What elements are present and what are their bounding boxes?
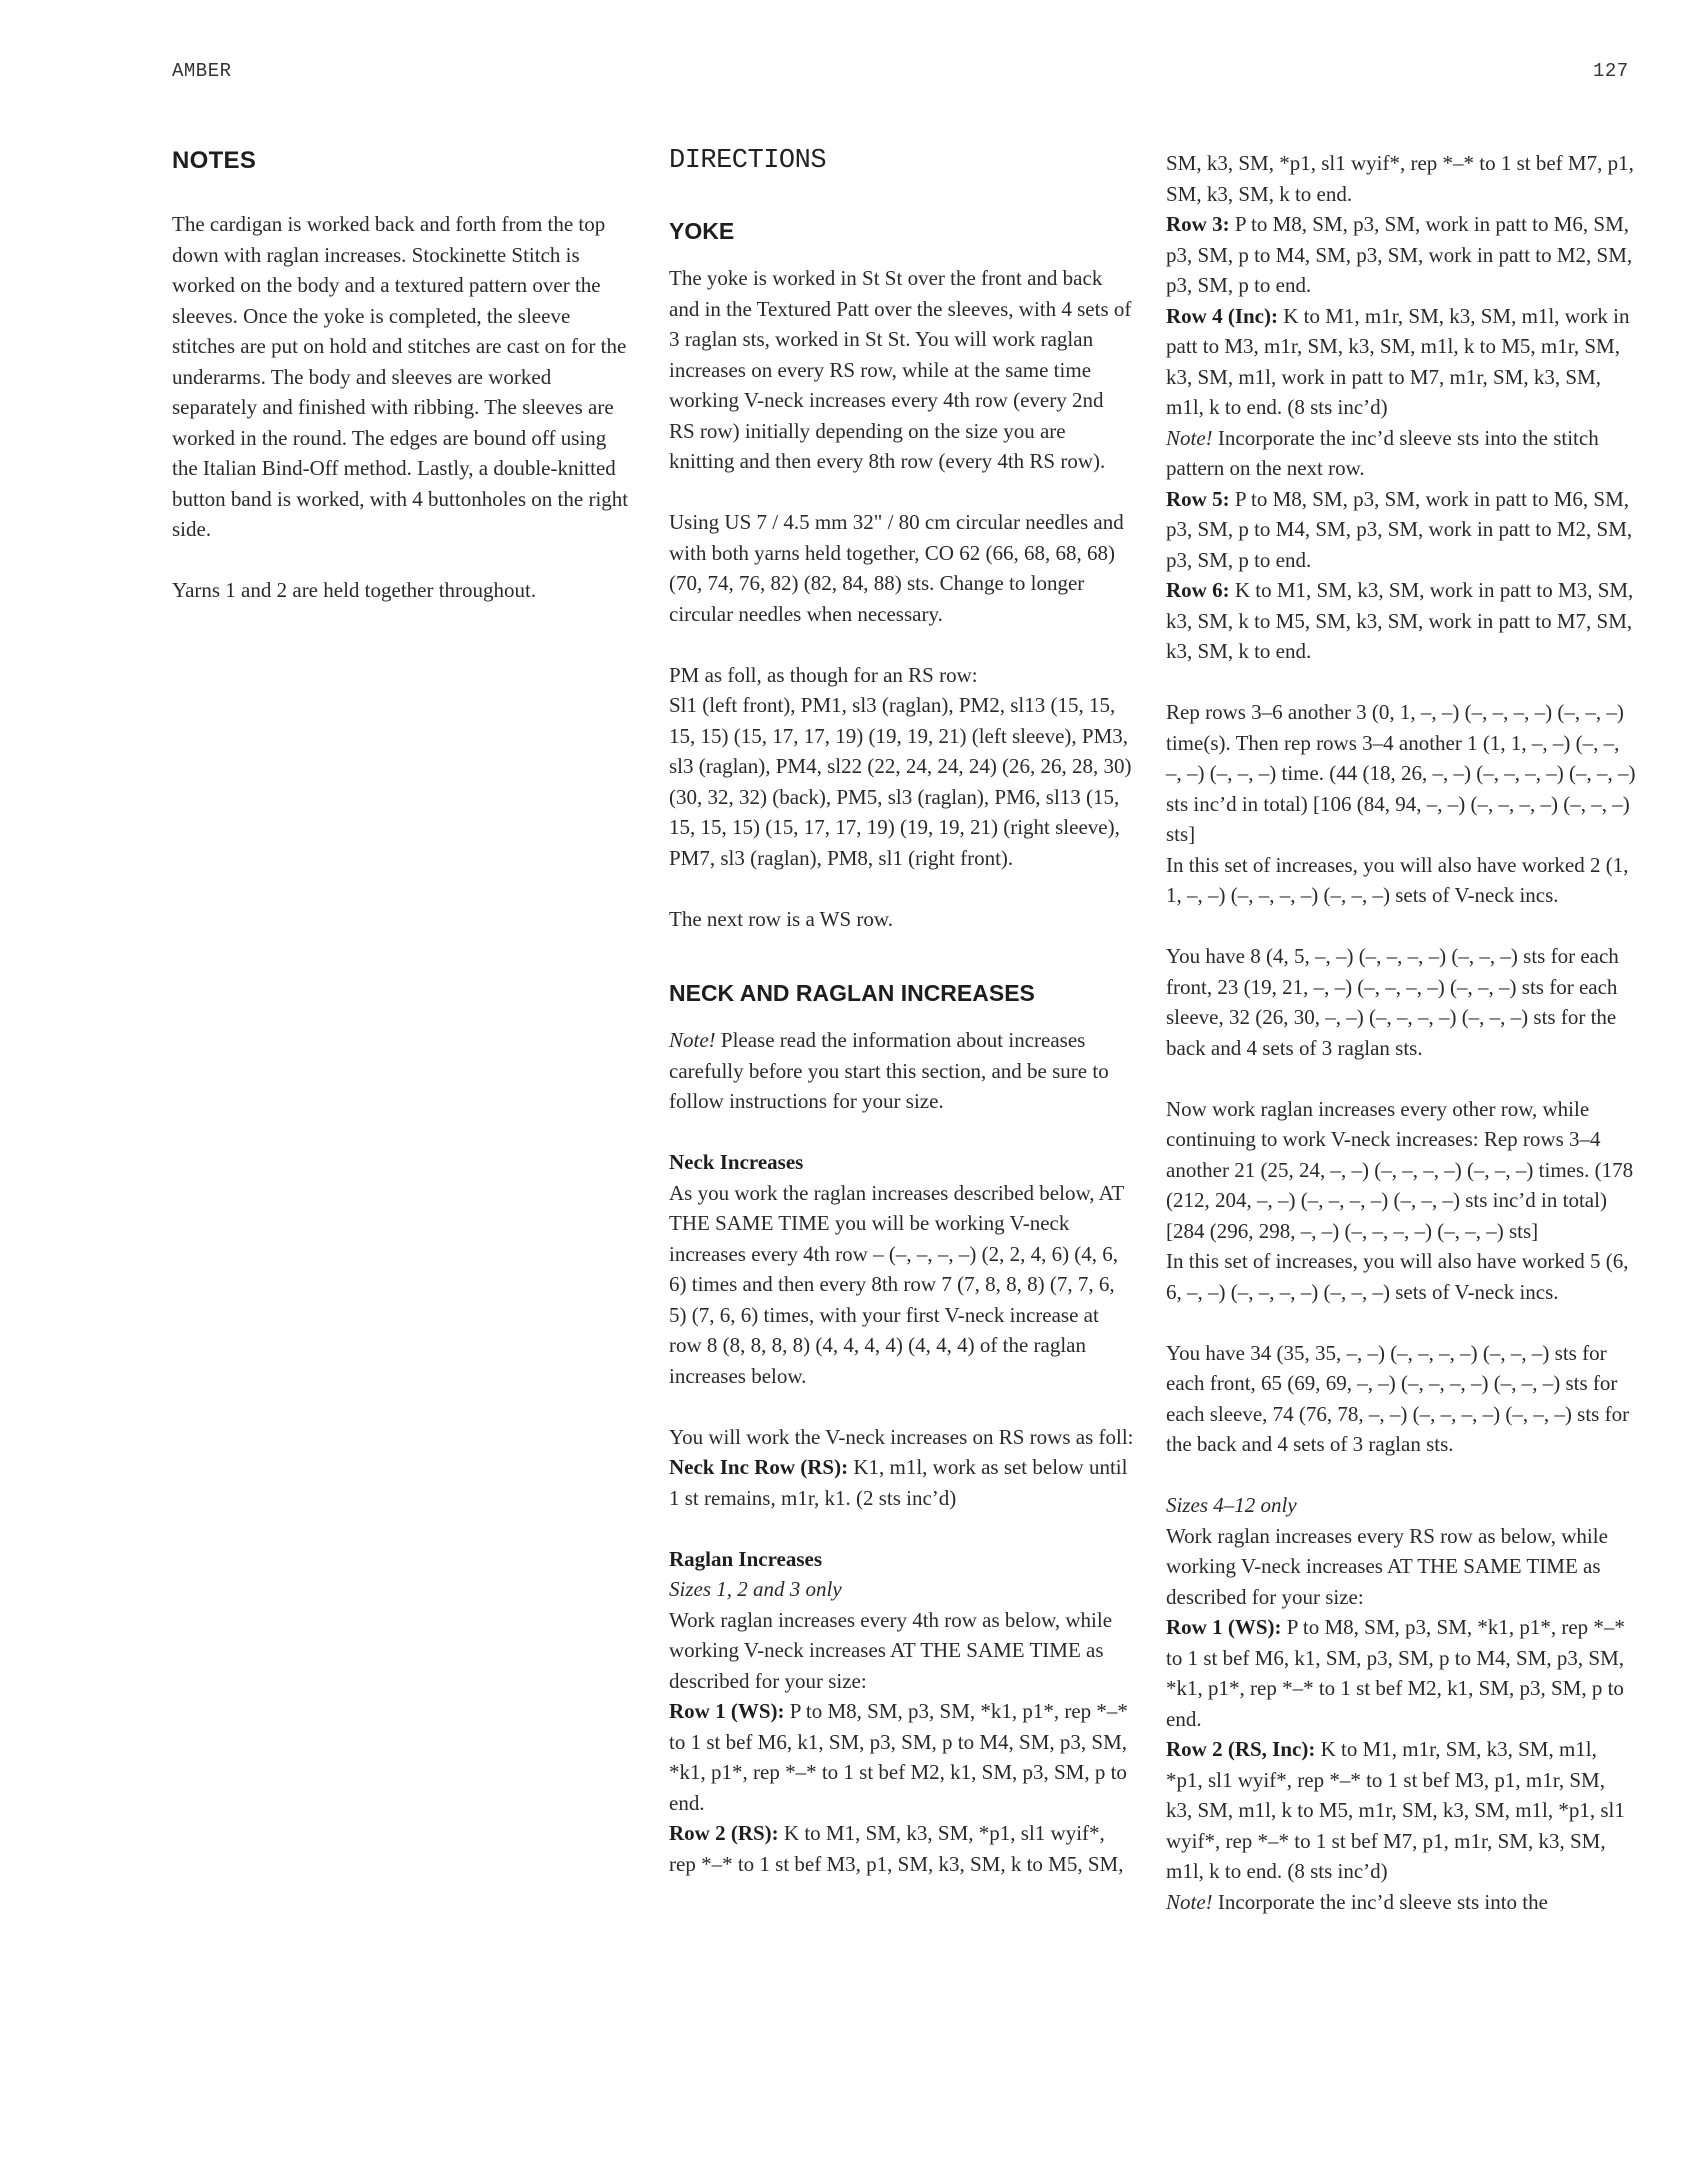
incorporate-note: Note! Incorporate the inc’d sleeve sts i… [1166, 423, 1636, 484]
stitch-count-paragraph: You have 34 (35, 35, –, –) (–, –, –, –) … [1166, 1338, 1636, 1460]
notes-paragraph: The cardigan is worked back and forth fr… [172, 209, 632, 545]
row-instruction: Row 2 (RS, Inc): K to M1, m1r, SM, k3, S… [1166, 1734, 1636, 1887]
vneck-sets-paragraph: In this set of increases, you will also … [1166, 1246, 1636, 1307]
continuation-column: SM, k3, SM, *p1, sl1 wyif*, rep *–* to 1… [1166, 148, 1636, 1917]
repeat-paragraph: Now work raglan increases every other ro… [1166, 1094, 1636, 1247]
directions-column: DIRECTIONS YOKE The yoke is worked in St… [669, 146, 1134, 1879]
sizes-4-12-intro: Work raglan increases every RS row as be… [1166, 1521, 1636, 1613]
yoke-heading: YOKE [669, 216, 1134, 246]
page-number: 127 [1593, 60, 1629, 82]
row-instruction: Row 2 (RS): K to M1, SM, k3, SM, *p1, sl… [669, 1818, 1134, 1879]
repeat-paragraph: Rep rows 3–6 another 3 (0, 1, –, –) (–, … [1166, 697, 1636, 850]
row-label: Row 3: [1166, 212, 1230, 236]
row-label: Row 2 (RS): [669, 1821, 779, 1845]
row-label: Row 6: [1166, 578, 1230, 602]
incorporate-note: Note! Incorporate the inc’d sleeve sts i… [1166, 1887, 1636, 1918]
row-instruction: Row 1 (WS): P to M8, SM, p3, SM, *k1, p1… [669, 1696, 1134, 1818]
row-label: Row 1 (WS): [1166, 1615, 1282, 1639]
vneck-rows-intro: You will work the V-neck increases on RS… [669, 1422, 1134, 1453]
raglan-increases-subheading: Raglan Increases [669, 1544, 1134, 1575]
row-text: P to M8, SM, p3, SM, work in patt to M6,… [1166, 487, 1632, 572]
neck-inc-row: Neck Inc Row (RS): K1, m1l, work as set … [669, 1452, 1134, 1513]
neck-increases-paragraph: As you work the raglan increases describ… [669, 1178, 1134, 1392]
cast-on-paragraph: Using US 7 / 4.5 mm 32" / 80 cm circular… [669, 507, 1134, 629]
row-instruction: Row 1 (WS): P to M8, SM, p3, SM, *k1, p1… [1166, 1612, 1636, 1734]
neck-increases-subheading: Neck Increases [669, 1147, 1134, 1178]
next-row-note: The next row is a WS row. [669, 904, 1134, 935]
row-label: Row 1 (WS): [669, 1699, 785, 1723]
row-label: Row 2 (RS, Inc): [1166, 1737, 1315, 1761]
read-note-paragraph: Note! Please read the information about … [669, 1025, 1134, 1117]
note-text: Please read the information about increa… [669, 1028, 1109, 1113]
notes-heading: NOTES [172, 146, 632, 176]
place-markers-intro: PM as foll, as though for an RS row: [669, 660, 1134, 691]
row-text: P to M8, SM, p3, SM, work in patt to M6,… [1166, 212, 1632, 297]
yoke-paragraph: The yoke is worked in St St over the fro… [669, 263, 1134, 477]
note-text: Incorporate the inc’d sleeve sts into th… [1213, 1890, 1548, 1914]
running-title: AMBER [172, 60, 232, 82]
note-label: Note! [1166, 1890, 1213, 1914]
place-markers-paragraph: Sl1 (left front), PM1, sl3 (raglan), PM2… [669, 690, 1134, 873]
directions-heading: DIRECTIONS [669, 146, 1134, 176]
row-label: Row 4 (Inc): [1166, 304, 1278, 328]
sizes-1-3-intro: Work raglan increases every 4th row as b… [669, 1605, 1134, 1697]
vneck-sets-paragraph: In this set of increases, you will also … [1166, 850, 1636, 911]
notes-column: NOTES The cardigan is worked back and fo… [172, 146, 632, 606]
sizes-4-12-label: Sizes 4–12 only [1166, 1490, 1636, 1521]
row-instruction: Row 5: P to M8, SM, p3, SM, work in patt… [1166, 484, 1636, 576]
neck-raglan-heading: NECK AND RAGLAN INCREASES [669, 978, 1134, 1008]
note-text: Incorporate the inc’d sleeve sts into th… [1166, 426, 1599, 481]
row-label: Neck Inc Row (RS): [669, 1455, 848, 1479]
sizes-1-3-label: Sizes 1, 2 and 3 only [669, 1574, 1134, 1605]
stitch-count-paragraph: You have 8 (4, 5, –, –) (–, –, –, –) (–,… [1166, 941, 1636, 1063]
row-instruction: Row 3: P to M8, SM, p3, SM, work in patt… [1166, 209, 1636, 301]
row-instruction: Row 6: K to M1, SM, k3, SM, work in patt… [1166, 575, 1636, 667]
row-instruction: Row 4 (Inc): K to M1, m1r, SM, k3, SM, m… [1166, 301, 1636, 423]
note-label: Note! [669, 1028, 716, 1052]
row-2-continued: SM, k3, SM, *p1, sl1 wyif*, rep *–* to 1… [1166, 148, 1636, 209]
row-text: K to M1, SM, k3, SM, work in patt to M3,… [1166, 578, 1633, 663]
notes-paragraph: Yarns 1 and 2 are held together througho… [172, 575, 632, 606]
note-label: Note! [1166, 426, 1213, 450]
row-label: Row 5: [1166, 487, 1230, 511]
